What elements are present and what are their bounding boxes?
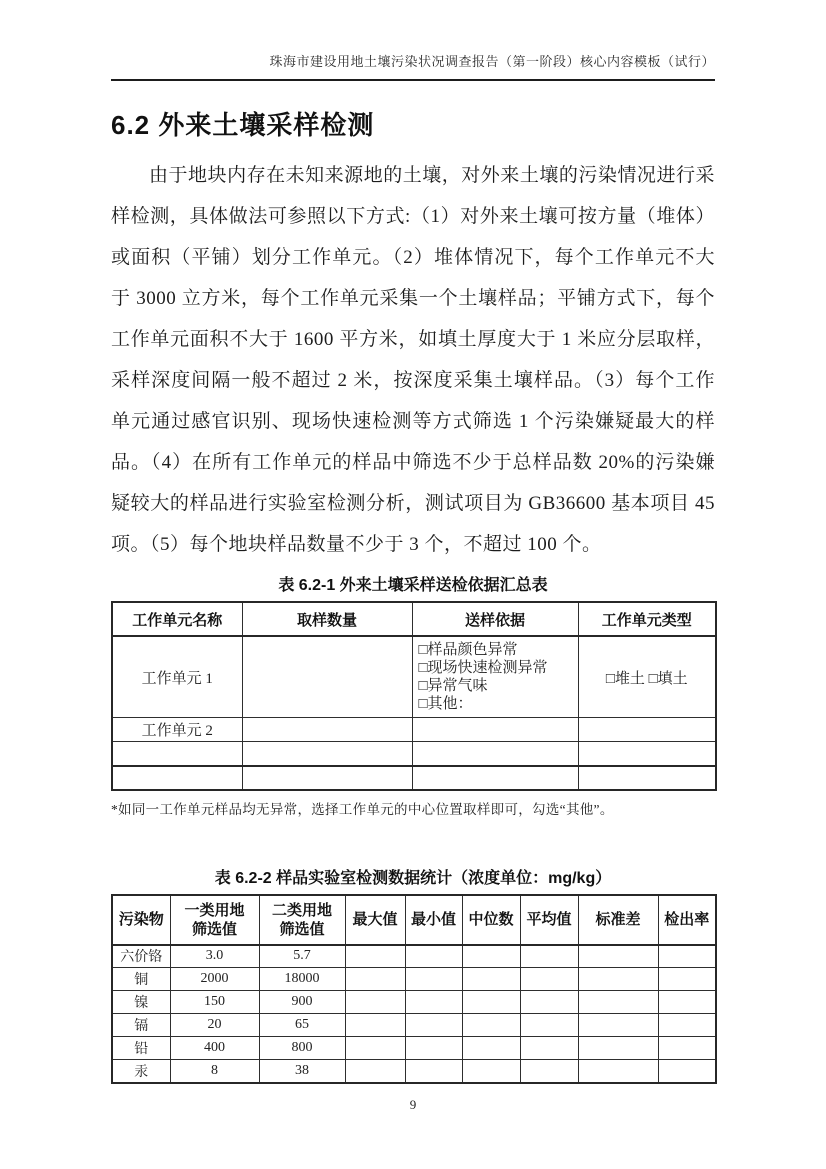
column-header-std: 标准差 xyxy=(578,895,658,945)
column-header-qty: 取样数量 xyxy=(242,602,412,636)
basis-cell xyxy=(412,718,578,742)
min-cell xyxy=(405,1037,462,1060)
unit-type-cell: □堆土 □填土 xyxy=(578,636,716,718)
table-row: 镍 150 900 xyxy=(112,991,716,1014)
max-cell xyxy=(345,945,405,968)
section-heading: 6.2 外来土壤采样检测 xyxy=(111,105,715,142)
column-header-unit-name: 工作单元名称 xyxy=(112,602,242,636)
median-cell xyxy=(462,1014,520,1037)
min-cell xyxy=(405,1060,462,1083)
rate-cell xyxy=(658,1060,716,1083)
qty-cell xyxy=(242,766,412,790)
std-cell xyxy=(578,991,658,1014)
unit-name-cell: 工作单元 1 xyxy=(112,636,242,718)
column-header-class1: 一类用地 筛选值 xyxy=(170,895,259,945)
max-cell xyxy=(345,991,405,1014)
table2-caption: 表 6.2-2 样品实验室检测数据统计（浓度单位：mg/kg） xyxy=(111,865,715,888)
unit-name-cell xyxy=(112,742,242,766)
min-cell xyxy=(405,1014,462,1037)
min-cell xyxy=(405,945,462,968)
unit-name-cell: 工作单元 2 xyxy=(112,718,242,742)
column-header-rate: 检出率 xyxy=(658,895,716,945)
class2-cell: 5.7 xyxy=(259,945,345,968)
max-cell xyxy=(345,1060,405,1083)
mean-cell xyxy=(520,1037,578,1060)
table-row: 工作单元 2 xyxy=(112,718,716,742)
class2-cell: 18000 xyxy=(259,968,345,991)
sampling-basis-table: 工作单元名称 取样数量 送样依据 工作单元类型 工作单元 1 □样品颜色异常 □… xyxy=(111,601,717,791)
unit-name-cell xyxy=(112,766,242,790)
column-header-median: 中位数 xyxy=(462,895,520,945)
mean-cell xyxy=(520,991,578,1014)
table-row: 铅 400 800 xyxy=(112,1037,716,1060)
min-cell xyxy=(405,968,462,991)
column-header-max: 最大值 xyxy=(345,895,405,945)
lab-statistics-table: 污染物 一类用地 筛选值 二类用地 筛选值 最大值 最小值 中位数 平均值 标准… xyxy=(111,894,717,1084)
max-cell xyxy=(345,1037,405,1060)
class1-cell: 150 xyxy=(170,991,259,1014)
unit-type-cell xyxy=(578,766,716,790)
qty-cell xyxy=(242,742,412,766)
unit-type-cell xyxy=(578,718,716,742)
pollutant-cell: 铅 xyxy=(112,1037,170,1060)
std-cell xyxy=(578,1037,658,1060)
std-cell xyxy=(578,945,658,968)
class2-cell: 800 xyxy=(259,1037,345,1060)
class1-cell: 20 xyxy=(170,1014,259,1037)
mean-cell xyxy=(520,1060,578,1083)
pollutant-cell: 镉 xyxy=(112,1014,170,1037)
table-row: 六价铬 3.0 5.7 xyxy=(112,945,716,968)
class1-cell: 8 xyxy=(170,1060,259,1083)
column-header-pollutant: 污染物 xyxy=(112,895,170,945)
basis-cell: □样品颜色异常 □现场快速检测异常 □异常气味 □其他： xyxy=(412,636,578,718)
table-row: 汞 8 38 xyxy=(112,1060,716,1083)
body-paragraph: 由于地块内存在未知来源地的土壤，对外来土壤的污染情况进行采样检测，具体做法可参照… xyxy=(111,155,715,565)
table-row: 工作单元 1 □样品颜色异常 □现场快速检测异常 □异常气味 □其他： □堆土 … xyxy=(112,636,716,718)
table-row: 铜 2000 18000 xyxy=(112,968,716,991)
table-row xyxy=(112,742,716,766)
table-header-row: 工作单元名称 取样数量 送样依据 工作单元类型 xyxy=(112,602,716,636)
std-cell xyxy=(578,1014,658,1037)
table1-caption: 表 6.2-1 外来土壤采样送检依据汇总表 xyxy=(111,572,715,595)
qty-cell xyxy=(242,718,412,742)
class2-cell: 900 xyxy=(259,991,345,1014)
checkbox-option-other: □其他： xyxy=(419,695,572,713)
median-cell xyxy=(462,1060,520,1083)
median-cell xyxy=(462,991,520,1014)
table1-footnote: *如同一工作单元样品均无异常，选择工作单元的中心位置取样即可，勾选“其他”。 xyxy=(111,798,715,818)
mean-cell xyxy=(520,968,578,991)
pollutant-cell: 铜 xyxy=(112,968,170,991)
max-cell xyxy=(345,968,405,991)
checkbox-option-rapid: □现场快速检测异常 xyxy=(419,659,572,677)
mean-cell xyxy=(520,945,578,968)
rate-cell xyxy=(658,1037,716,1060)
median-cell xyxy=(462,968,520,991)
table-row: 镉 20 65 xyxy=(112,1014,716,1037)
rate-cell xyxy=(658,945,716,968)
basis-cell xyxy=(412,766,578,790)
median-cell xyxy=(462,1037,520,1060)
table-header-row: 污染物 一类用地 筛选值 二类用地 筛选值 最大值 最小值 中位数 平均值 标准… xyxy=(112,895,716,945)
class1-cell: 400 xyxy=(170,1037,259,1060)
table-row xyxy=(112,766,716,790)
qty-cell xyxy=(242,636,412,718)
class1-cell: 3.0 xyxy=(170,945,259,968)
pollutant-cell: 镍 xyxy=(112,991,170,1014)
min-cell xyxy=(405,991,462,1014)
rate-cell xyxy=(658,968,716,991)
column-header-min: 最小值 xyxy=(405,895,462,945)
class1-cell: 2000 xyxy=(170,968,259,991)
unit-type-cell xyxy=(578,742,716,766)
pollutant-cell: 汞 xyxy=(112,1060,170,1083)
checkbox-option-color: □样品颜色异常 xyxy=(419,641,572,659)
basis-cell xyxy=(412,742,578,766)
page-number: 9 xyxy=(111,1097,715,1113)
std-cell xyxy=(578,968,658,991)
column-header-class2: 二类用地 筛选值 xyxy=(259,895,345,945)
class2-cell: 65 xyxy=(259,1014,345,1037)
pollutant-cell: 六价铬 xyxy=(112,945,170,968)
class2-cell: 38 xyxy=(259,1060,345,1083)
column-header-mean: 平均值 xyxy=(520,895,578,945)
column-header-unit-type: 工作单元类型 xyxy=(578,602,716,636)
column-header-basis: 送样依据 xyxy=(412,602,578,636)
median-cell xyxy=(462,945,520,968)
max-cell xyxy=(345,1014,405,1037)
document-page: 珠海市建设用地土壤污染状况调查报告（第一阶段）核心内容模板（试行） 6.2 外来… xyxy=(0,0,826,1169)
rate-cell xyxy=(658,1014,716,1037)
std-cell xyxy=(578,1060,658,1083)
running-header: 珠海市建设用地土壤污染状况调查报告（第一阶段）核心内容模板（试行） xyxy=(111,54,715,81)
mean-cell xyxy=(520,1014,578,1037)
checkbox-option-odor: □异常气味 xyxy=(419,677,572,695)
rate-cell xyxy=(658,991,716,1014)
